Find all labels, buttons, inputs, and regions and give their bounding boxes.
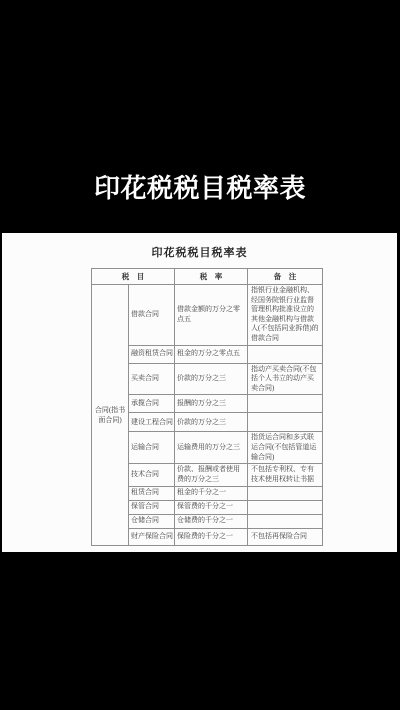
item-cell: 承揽合同 [129,395,175,413]
document-page: 印花税税目税率表 税 目 税 率 备 注 合同(指书面合同) 借款合同 借款金额… [2,233,397,552]
item-cell: 财产保险合同 [129,528,175,545]
item-cell: 租赁合同 [129,486,175,500]
table-header-row: 税 目 税 率 备 注 [92,269,323,285]
rate-cell: 保管费的千分之一 [175,500,248,514]
note-cell [248,514,323,528]
header-note: 备 注 [248,269,323,285]
video-frame: 印花税税目税率表 印花税税目税率表 税 目 税 率 备 注 合同(指书面合同) … [0,0,400,710]
rate-cell: 仓储费的千分之一 [175,514,248,528]
overlay-title: 印花税税目税率表 [0,174,400,203]
item-cell: 建设工程合同 [129,413,175,432]
rate-cell: 报酬的万分之三 [175,395,248,413]
item-cell: 仓储合同 [129,514,175,528]
category-cell: 合同(指书面合同) [92,285,129,546]
item-cell: 买卖合同 [129,363,175,395]
rate-cell: 租金的千分之一 [175,486,248,500]
note-cell: 指银行业金融机构、经国务院银行业监督管理机构批准设立的其他金融机构与借款人(不包… [248,285,323,346]
rate-cell: 保险费的千分之一 [175,528,248,545]
item-cell: 借款合同 [129,285,175,346]
note-cell [248,486,323,500]
item-cell: 运输合同 [129,432,175,464]
rate-cell: 价款的万分之三 [175,413,248,432]
rate-cell: 价款、报酬或者使用费的万分之三 [175,464,248,486]
document-title: 印花税税目税率表 [2,244,397,260]
note-cell [248,413,323,432]
note-cell [248,500,323,514]
rate-cell: 租金的万分之零点五 [175,345,248,363]
table-row: 合同(指书面合同) 借款合同 借款金额的万分之零点五 指银行业金融机构、经国务院… [92,285,323,346]
item-cell: 技术合同 [129,464,175,486]
tax-rate-table: 税 目 税 率 备 注 合同(指书面合同) 借款合同 借款金额的万分之零点五 指… [91,268,323,546]
note-cell: 指动产买卖合同(不包括个人书立的动产买卖合同) [248,363,323,395]
item-cell: 保管合同 [129,500,175,514]
header-tax-rate: 税 率 [175,269,248,285]
note-cell: 不包括再保险合同 [248,528,323,545]
note-cell [248,395,323,413]
note-cell: 不包括专利权、专有技术使用权转让书据 [248,464,323,486]
note-cell [248,345,323,363]
rate-cell: 价款的万分之三 [175,363,248,395]
note-cell: 指货运合同和多式联运合同(不包括管道运输合同) [248,432,323,464]
rate-cell: 借款金额的万分之零点五 [175,285,248,346]
item-cell: 融资租赁合同 [129,345,175,363]
header-tax-item: 税 目 [92,269,175,285]
rate-cell: 运输费用的万分之三 [175,432,248,464]
